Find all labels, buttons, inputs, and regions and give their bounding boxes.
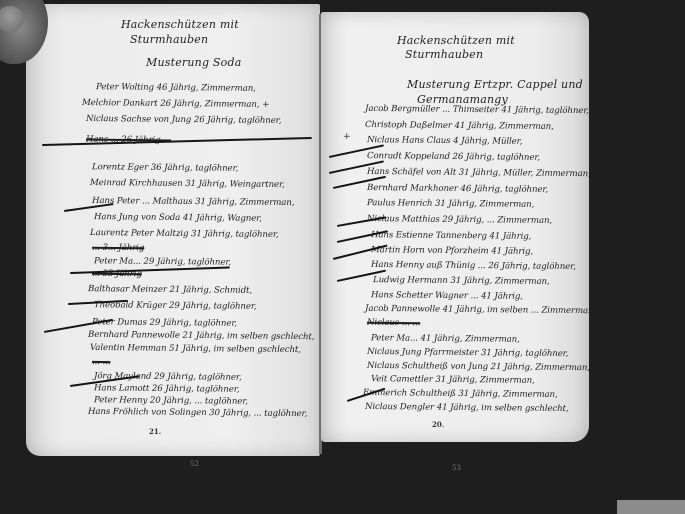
entry: Hans Henny auß Thünig ... 26 Jährig, tag… bbox=[371, 260, 576, 272]
entry: Hans Peter ... Malthaus 31 Jährig, Zimme… bbox=[92, 196, 294, 208]
entry: Meinrad Kirchhausen 31 Jährig, Weingartn… bbox=[90, 178, 285, 190]
entry: Hans Jung von Soda 41 Jährig, Wagner, bbox=[94, 212, 262, 224]
left-heading-line-3: Musterung Soda bbox=[146, 56, 241, 69]
page-total: 21. bbox=[149, 427, 161, 436]
entry: Ludwig Hermann 31 Jährig, Zimmerman, bbox=[373, 275, 550, 287]
entry: Peter Ma... 29 Jährig, taglöhner, bbox=[94, 256, 231, 267]
right-heading-line-2: Sturmhauben bbox=[405, 48, 483, 61]
entry-struck: Niclaus ... ... bbox=[367, 318, 420, 329]
right-heading-line-1: Hackenschützen mit bbox=[397, 34, 515, 47]
entry: Hans Schetter Wagner ... 41 Jährig, bbox=[371, 290, 523, 302]
entry-struck: ... ... bbox=[92, 357, 111, 367]
entry: Jacob Bergmüller ... Thimseiter 41 Jähri… bbox=[365, 104, 589, 116]
entry: Niclaus Dengler 41 Jährig, im selben gsc… bbox=[365, 402, 569, 414]
entry: Melchior Dankart 26 Jährig, Zimmerman, + bbox=[82, 98, 269, 110]
entry: Niclaus Hans Claus 4 Jährig, Müller, bbox=[367, 135, 522, 147]
entry: Laurentz Peter Maltzig 31 Jährig, taglöh… bbox=[90, 228, 279, 240]
entry: Niclaus Matthias 29 Jährig, ... Zimmerma… bbox=[367, 214, 552, 226]
entry: Peter Henny 20 Jährig, ... taglöhner, bbox=[94, 395, 248, 407]
thumbnail bbox=[0, 6, 24, 32]
entry: Valentin Hemman 51 Jährig, im selben gsc… bbox=[90, 343, 301, 355]
entry: Hans Lamott 26 Jährig, taglöhner, bbox=[94, 383, 240, 395]
entry: Conradt Koppeland 26 Jährig, taglöhner, bbox=[367, 151, 540, 163]
strike-line bbox=[42, 137, 312, 146]
entry: Niclaus Jung Pfarrmeister 31 Jährig, tag… bbox=[367, 347, 568, 359]
right-page: Hackenschützen mit Sturmhauben Musterung… bbox=[321, 12, 589, 442]
entry: Martin Horn von Pforzheim 41 Jährig, bbox=[371, 245, 533, 257]
entry: Hans Estienne Tannenberg 41 Jährig, bbox=[371, 230, 531, 242]
page-total: 20. bbox=[432, 420, 444, 429]
entry: Emmerich Schultheiß 31 Jährig, Zimmerman… bbox=[363, 388, 558, 400]
manuscript-photo: Hackenschützen mit Sturmhauben Musterung… bbox=[0, 0, 685, 514]
entry: Bernhard Markhoner 46 Jährig, taglöhner, bbox=[367, 183, 548, 195]
entry: Lorentz Eger 36 Jährig, taglöhner, bbox=[92, 162, 238, 174]
entry: Peter Dumas 29 Jährig, taglöhner, bbox=[92, 317, 237, 329]
entry: Veit Camettler 31 Jährig, Zimmerman, bbox=[371, 374, 535, 386]
entry: Niclaus Sachse von Jung 26 Jährig, taglö… bbox=[86, 114, 282, 126]
entry: Jacob Pannewolle 41 Jährig, im selben ..… bbox=[365, 304, 596, 316]
folio-number: 52 bbox=[190, 460, 199, 468]
left-heading-line-2: Sturmhauben bbox=[130, 33, 208, 46]
right-heading-line-3: Musterung Ertzpr. Cappel und bbox=[407, 78, 583, 91]
entry: Peter Ma... 41 Jährig, Zimmerman, bbox=[371, 333, 520, 345]
scanner-edge bbox=[617, 500, 685, 514]
entry: Hans Schäfel von Alt 31 Jährig, Müller, … bbox=[367, 167, 591, 179]
entry: Bernhard Pannewolle 21 Jährig, im selben… bbox=[88, 330, 315, 342]
entry: Balthasar Meinzer 21 Jährig, Schmidt, bbox=[88, 284, 252, 296]
entry: Paulus Henrich 31 Jährig, Zimmerman, bbox=[367, 198, 534, 210]
entry: Peter Wolting 46 Jährig, Zimmerman, bbox=[96, 82, 256, 94]
entry: Jörg Mayland 29 Jährig, taglöhner, bbox=[94, 371, 242, 383]
entry: Hans Fröhlich von Solingen 30 Jährig, ..… bbox=[88, 407, 307, 419]
left-heading-line-1: Hackenschützen mit bbox=[121, 18, 239, 31]
entry-struck: ... 3... Jährig bbox=[92, 243, 144, 254]
entry: Niclaus Schultheiß von Jung 21 Jährig, Z… bbox=[367, 361, 590, 373]
entry: Christoph Daßelmer 41 Jährig, Zimmerman, bbox=[365, 120, 554, 132]
folio-number: 53 bbox=[452, 464, 461, 472]
margin-mark bbox=[64, 203, 114, 212]
strike-line bbox=[70, 266, 230, 274]
margin-plus-mark: + bbox=[343, 132, 351, 142]
left-page: Hackenschützen mit Sturmhauben Musterung… bbox=[26, 4, 320, 456]
